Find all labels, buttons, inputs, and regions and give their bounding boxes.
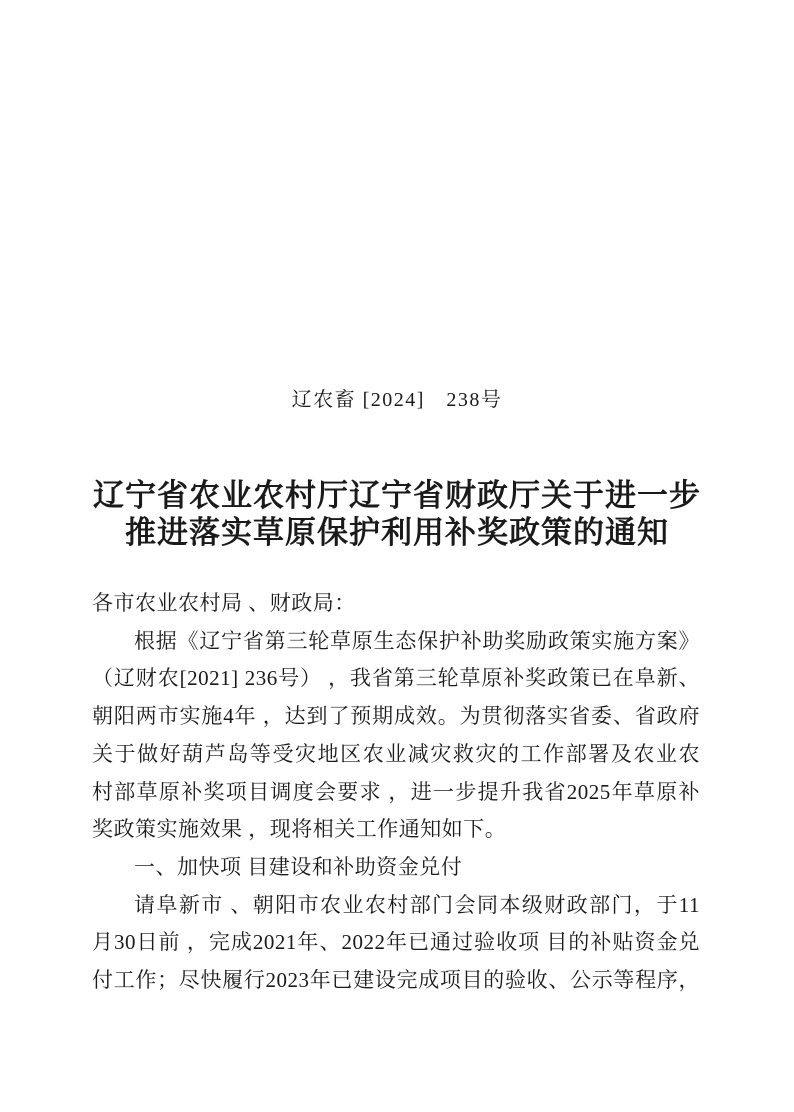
body-line: 请阜新市 、朝阳市农业农村部门会同本级财政部门，于11 [92, 887, 700, 925]
body-line: 关于做好葫芦岛等受灾地区农业减灾救灾的工作部署及农业农 [92, 736, 700, 774]
document-title: 辽宁省农业农村厅辽宁省财政厅关于进一步 推进落实草原保护利用补奖政策的通知 [0, 477, 794, 551]
body-line: 月30日前 ，完成2021年、2022年已通过验收项 目的补贴资金兑 [92, 924, 700, 962]
document-page: 辽农畜 [2024] 238号 辽宁省农业农村厅辽宁省财政厅关于进一步 推进落实… [0, 0, 794, 1112]
body-line: 根据《辽宁省第三轮草原生态保护补助奖励政策实施方案》 [92, 623, 700, 661]
document-number: 辽农畜 [2024] 238号 [0, 383, 794, 412]
body-line: 各市农业农村局 、财政局： [92, 585, 700, 623]
document-title-line-2: 推进落实草原保护利用补奖政策的通知 [0, 514, 794, 551]
body-line: 一、加快项 目建设和补助资金兑付 [92, 849, 700, 887]
body-line: 朝阳两市实施4年 ，达到了预期成效。为贯彻落实省委、省政府 [92, 698, 700, 736]
body-line: 付工作；尽快履行2023年已建设完成项目的验收、公示等程序， [92, 962, 700, 1000]
body-line: （辽财农[2021] 236号） ，我省第三轮草原补奖政策已在阜新、 [92, 660, 700, 698]
body-line: 村部草原补奖项目调度会要求 ，进一步提升我省2025年草原补 [92, 774, 700, 812]
body-line: 奖政策实施效果 ，现将相关工作通知如下。 [92, 811, 700, 849]
document-title-line-1: 辽宁省农业农村厅辽宁省财政厅关于进一步 [0, 477, 794, 514]
body-text: 各市农业农村局 、财政局：根据《辽宁省第三轮草原生态保护补助奖励政策实施方案》（… [92, 585, 700, 1000]
